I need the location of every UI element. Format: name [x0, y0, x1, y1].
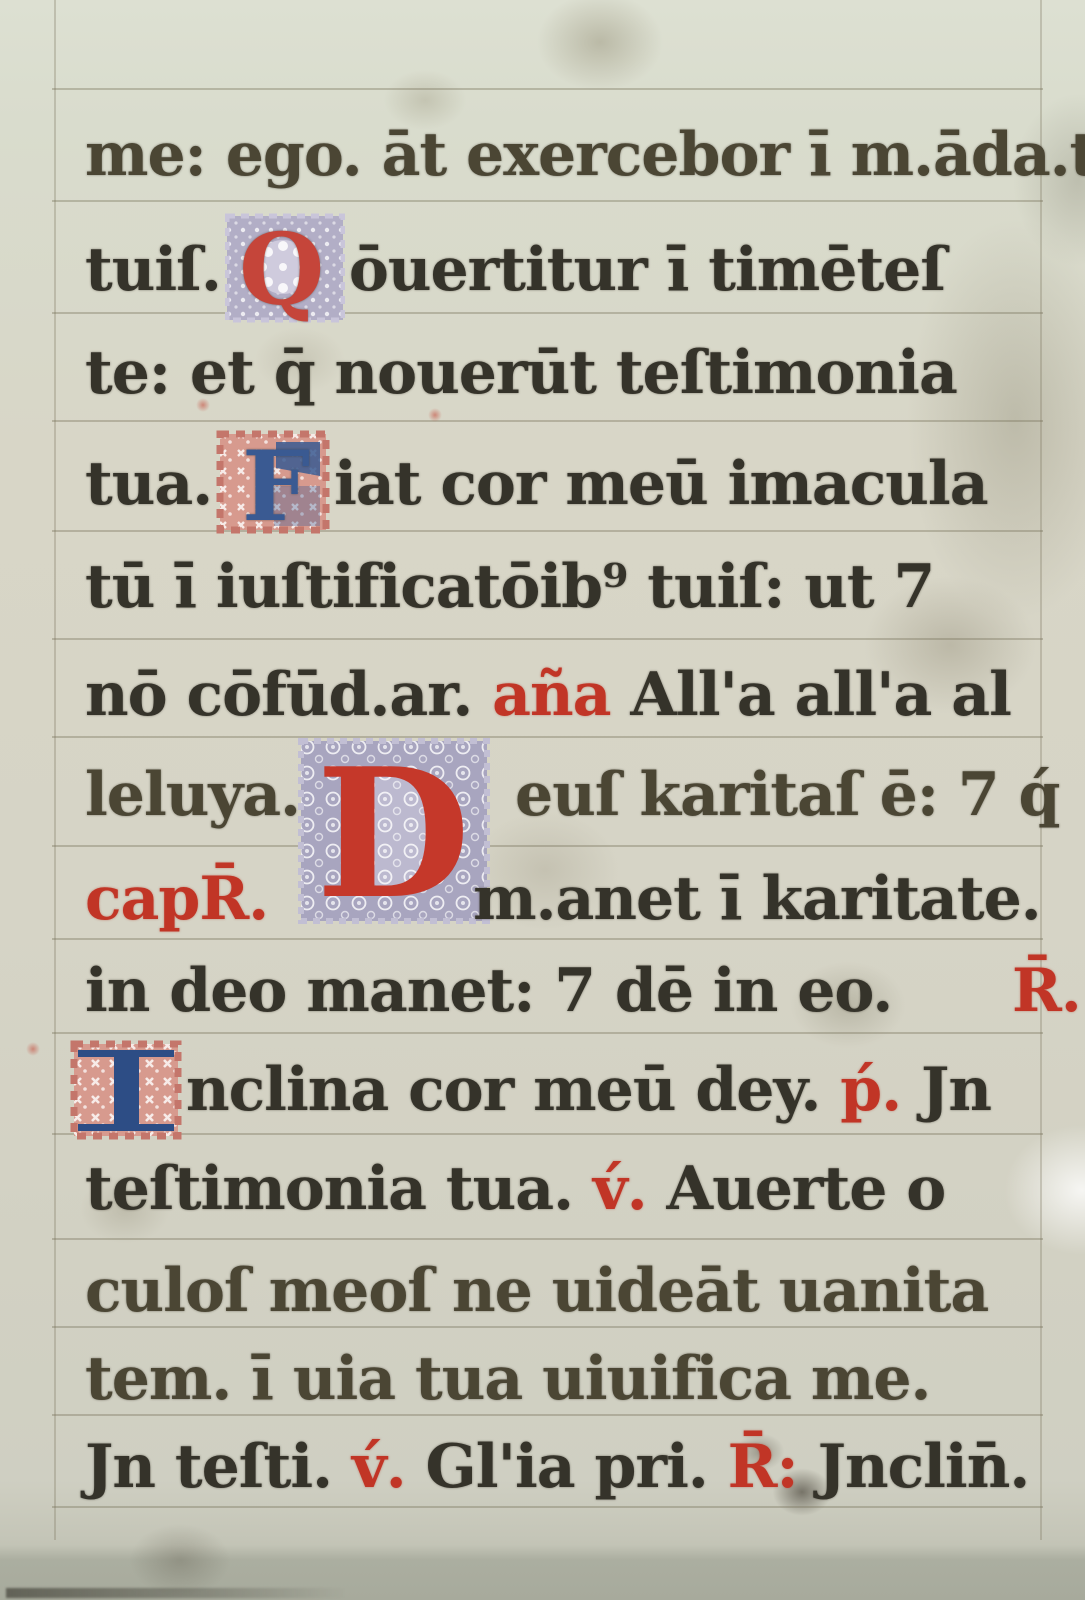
manuscript-page: me: ego. āt exercebor ī m.āda.tiſ tuiſ. …: [0, 0, 1085, 1600]
text-segment: tuiſ.: [85, 235, 221, 305]
mat-edge-smudge: [6, 1588, 346, 1598]
rubric-capitulum: capR̄.: [85, 864, 268, 934]
ruled-line: [52, 1238, 1043, 1240]
text-line-3: te: et q̄ nouerūt teſtimonia: [85, 326, 957, 421]
text-segment: teſtimonia tua.: [85, 1154, 573, 1224]
text-segment: iat cor meū imacula: [334, 449, 987, 519]
rubric-versicle-mark: v́.: [593, 1154, 647, 1224]
ruled-line: [52, 638, 1043, 640]
text-line-11: teſtimonia tua. v́. Auerte o: [85, 1142, 945, 1237]
text-segment: tem. ī uia tua uiuifica me.: [85, 1344, 930, 1414]
text-segment: tū ī iuſtificatōib⁹ tuiſ: ut 7: [85, 552, 934, 622]
text-line-14: Jn teſti. v́. Gl'ia pri. R̄: Jnclin̄.: [85, 1420, 1029, 1515]
text-segment: nclina cor meū dey.: [186, 1055, 820, 1125]
rubric-psalm-mark: ṕ.: [840, 1055, 901, 1125]
ruled-line: [52, 845, 1043, 847]
text-segment: Auerte o: [667, 1154, 946, 1224]
text-segment: culoſ meoſ ne uideāt uanita: [85, 1256, 988, 1326]
rubric-responsory-mark: R̄.: [1012, 956, 1081, 1026]
text-line-6: nō cōfūd.ar. aña All'a all'a al: [85, 648, 1011, 743]
text-line-13: tem. ī uia tua uiuifica me. ṕ.: [85, 1332, 1085, 1427]
rubric-responsory-mark: R̄:: [728, 1432, 798, 1502]
ruled-line-vertical-left: [54, 0, 56, 1540]
text-segment: me: ego. āt exercebor ī m.āda.tiſ: [85, 120, 1085, 190]
text-line-5: tū ī iuſtificatōib⁹ tuiſ: ut 7: [85, 540, 934, 635]
text-segment: ōuertitur ī timēteſ: [349, 235, 945, 305]
rubric-antiphon-mark: aña: [492, 660, 610, 730]
text-segment: in deo manet: 7 dē in eo.: [85, 956, 892, 1026]
text-segment: Jn: [921, 1055, 991, 1125]
text-line-12: culoſ meoſ ne uideāt uanita: [85, 1244, 988, 1339]
text-segment: m.anet ī karitate.: [473, 864, 1041, 934]
text-segment: Jn teſti.: [85, 1432, 332, 1502]
text-segment: Gl'ia pri.: [426, 1432, 708, 1502]
text-line-1: me: ego. āt exercebor ī m.āda.tiſ: [85, 108, 1085, 203]
rubric-versicle-mark: v́.: [352, 1432, 406, 1502]
text-line-8: capR̄.m.anet ī karitate.: [85, 852, 1041, 947]
text-segment: nō cōfūd.ar.: [85, 660, 472, 730]
text-segment: Jnclin̄.: [818, 1432, 1030, 1502]
text-line-9: in deo manet: 7 dē in eo. R̄.: [85, 944, 1081, 1039]
initial-letter-f: F: [242, 430, 309, 536]
text-segment: All'a all'a al: [630, 660, 1011, 730]
text-line-7: leluya.euſ karitaſ ē: 7 q́: [85, 748, 1059, 843]
penwork-flourish: [26, 1042, 40, 1056]
text-segment: tua.: [85, 449, 212, 519]
initial-letter-q: Q: [239, 213, 323, 324]
text-segment: leluya.: [85, 760, 300, 830]
ruled-line: [52, 88, 1043, 90]
text-segment: te: et q̄ nouerūt teſtimonia: [85, 338, 957, 408]
text-segment: euſ karitaſ ē: 7 q́: [515, 760, 1059, 830]
